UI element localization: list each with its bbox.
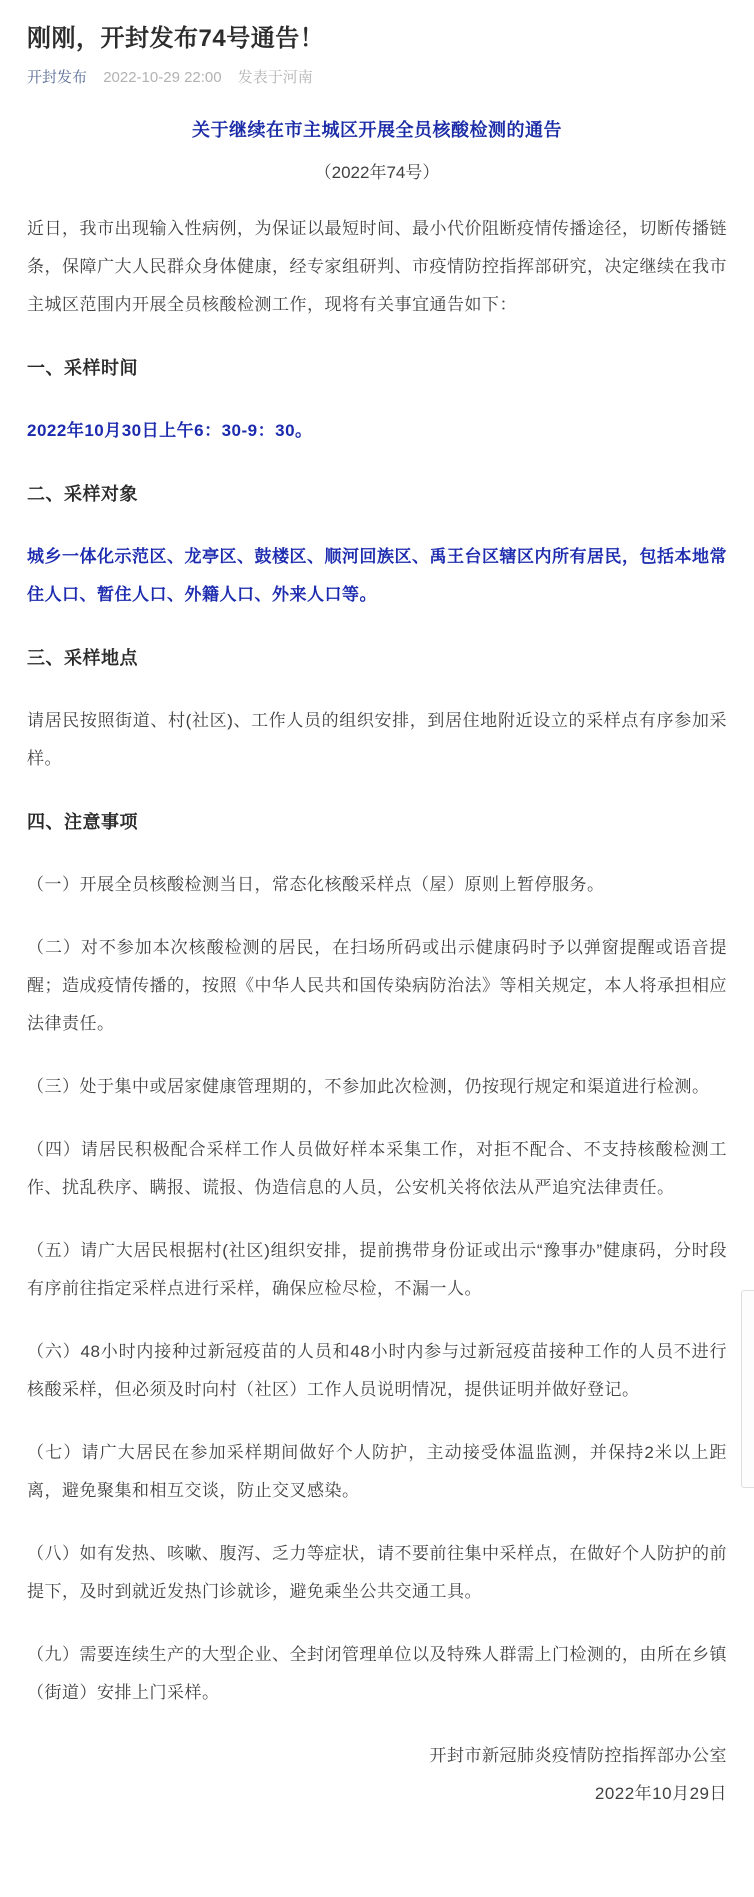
section-heading: 三、采样地点 xyxy=(27,639,727,677)
body-paragraph: （九）需要连续生产的大型企业、全封闭管理单位以及特殊人群需上门检测的，由所在乡镇… xyxy=(27,1636,727,1712)
account-name-link[interactable]: 开封发布 xyxy=(27,69,87,86)
notice-sections: 一、采样时间2022年10月30日上午6：30-9：30。二、采样对象城乡一体化… xyxy=(27,349,727,1712)
notice-title: 关于继续在市主城区开展全员核酸检测的通告 xyxy=(27,118,727,143)
body-paragraph: （五）请广大居民根据村(社区)组织安排，提前携带身份证或出示“豫事办”健康码，分… xyxy=(27,1232,727,1308)
section-heading: 二、采样对象 xyxy=(27,475,727,513)
publish-location: 发表于河南 xyxy=(238,69,313,86)
page-title: 刚刚，开封发布74号通告！ xyxy=(27,22,727,55)
body-paragraph: 请居民按照街道、村(社区)、工作人员的组织安排，到居住地附近设立的采样点有序参加… xyxy=(27,702,727,778)
body-paragraph: （六）48小时内接种过新冠疫苗的人员和48小时内参与过新冠疫苗接种工作的人员不进… xyxy=(27,1333,727,1409)
body-paragraph: （八）如有发热、咳嗽、腹泻、乏力等症状，请不要前往集中采样点，在做好个人防护的前… xyxy=(27,1535,727,1611)
byline: 开封发布 2022-10-29 22:00 发表于河南 xyxy=(27,67,727,88)
publish-datetime: 2022-10-29 22:00 xyxy=(103,69,221,86)
signature-date: 2022年10月29日 xyxy=(27,1775,727,1813)
section-heading: 一、采样时间 xyxy=(27,349,727,387)
intro-paragraph: 近日，我市出现输入性病例，为保证以最短时间、最小代价阻断疫情传播途径，切断传播链… xyxy=(27,210,727,324)
body-paragraph: （二）对不参加本次核酸检测的居民，在扫场所码或出示健康码时予以弹窗提醒或语音提醒… xyxy=(27,929,727,1043)
notice-number: （2022年74号） xyxy=(27,161,727,185)
body-paragraph: （七）请广大居民在参加采样期间做好个人防护，主动接受体温监测，并保持2米以上距离… xyxy=(27,1434,727,1510)
section-heading: 四、注意事项 xyxy=(27,803,727,841)
body-paragraph: （一）开展全员核酸检测当日，常态化核酸采样点（屋）原则上暂停服务。 xyxy=(27,866,727,904)
body-paragraph: （三）处于集中或居家健康管理期的，不参加此次检测，仍按现行规定和渠道进行检测。 xyxy=(27,1068,727,1106)
signature-office: 开封市新冠肺炎疫情防控指挥部办公室 xyxy=(27,1737,727,1775)
floating-widget-cutoff[interactable] xyxy=(741,1290,754,1488)
emphasis-paragraph: 2022年10月30日上午6：30-9：30。 xyxy=(27,412,727,450)
article-page: 刚刚，开封发布74号通告！ 开封发布 2022-10-29 22:00 发表于河… xyxy=(0,0,754,1813)
body-paragraph: （四）请居民积极配合采样工作人员做好样本采集工作，对拒不配合、不支持核酸检测工作… xyxy=(27,1131,727,1207)
signature-block: 开封市新冠肺炎疫情防控指挥部办公室 2022年10月29日 xyxy=(27,1737,727,1813)
emphasis-paragraph: 城乡一体化示范区、龙亭区、鼓楼区、顺河回族区、禹王台区辖区内所有居民，包括本地常… xyxy=(27,538,727,614)
